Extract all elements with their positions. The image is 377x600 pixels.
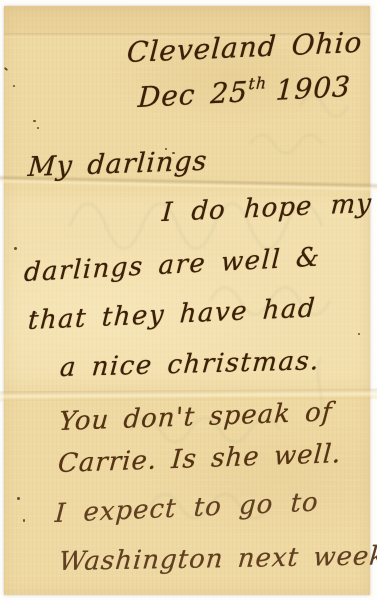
foxing-speck [37,127,39,129]
letter-scan: Cleveland Ohio Dec 25th1903 My darlings … [0,0,377,600]
foxing-speck [172,152,175,154]
date-year: 1903 [275,70,352,107]
date-day: Dec 25 [137,75,249,114]
foxing-speck [33,120,36,122]
body-line: Washington next week. [58,541,377,577]
foxing-speck [165,148,167,150]
foxing-speck [14,247,17,250]
foxing-speck [358,333,360,335]
foxing-speck [35,312,37,314]
foxing-speck [17,497,20,500]
letter-paper: Cleveland Ohio Dec 25th1903 My darlings … [4,6,370,595]
salutation-line: My darlings [27,146,209,183]
foxing-speck [13,85,15,87]
foxing-speck [23,519,25,522]
date-ordinal-superscript: th [248,73,268,93]
